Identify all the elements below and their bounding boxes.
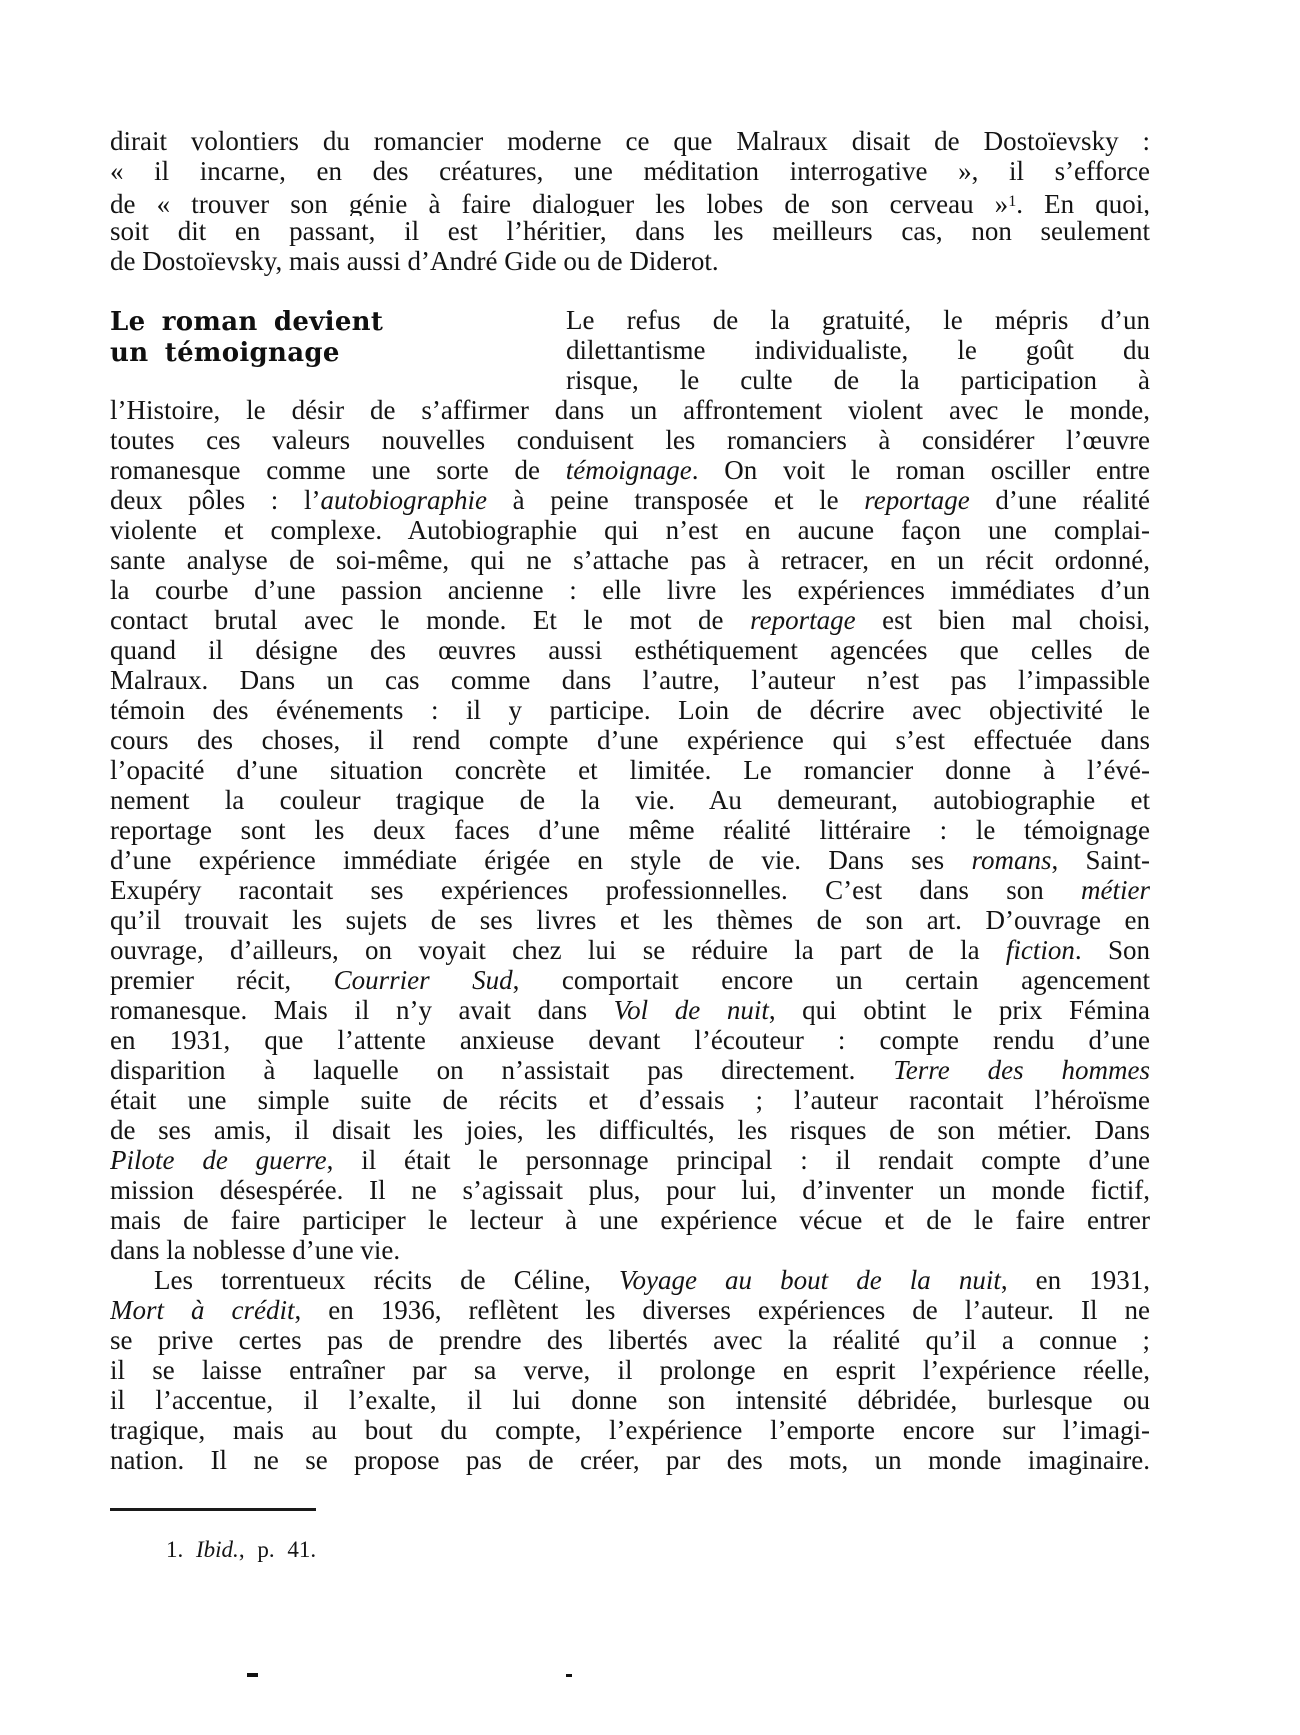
text-line: risque, le culte de la participation à — [566, 365, 1150, 395]
section-heading: Le roman devient un témoignage — [110, 305, 566, 395]
text-line: romanesque comme une sorte de témoignage… — [110, 455, 1150, 485]
text-line: était une simple suite de récits et d’es… — [110, 1085, 1150, 1115]
text-line: violente et complexe. Autobiographie qui… — [110, 515, 1150, 545]
text-line: se prive certes pas de prendre des liber… — [110, 1325, 1150, 1355]
text-line: Les torrentueux récits de Céline, Voyage… — [110, 1265, 1150, 1295]
text-line: qu’il trouvait les sujets de ses livres … — [110, 905, 1150, 935]
text-line: sante analyse de soi-même, qui ne s’atta… — [110, 545, 1150, 575]
section-heading-line-2: un témoignage — [110, 338, 566, 369]
text-line: de Dostoïevsky, mais aussi d’André Gide … — [110, 246, 1150, 276]
print-mark-right — [566, 1674, 572, 1677]
text-line: témoin des événements : il y participe. … — [110, 695, 1150, 725]
text-line: Pilote de guerre, il était le personnage… — [110, 1145, 1150, 1175]
text-line: l’Histoire, le désir de s’affirmer dans … — [110, 395, 1150, 425]
text-line: Mort à crédit, en 1936, reflètent les di… — [110, 1295, 1150, 1325]
text-line: mais de faire participer le lecteur à un… — [110, 1205, 1150, 1235]
text-line: toutes ces valeurs nouvelles conduisent … — [110, 425, 1150, 455]
text-line: mission désespérée. Il ne s’agissait plu… — [110, 1175, 1150, 1205]
text-line: reportage sont les deux faces d’une même… — [110, 815, 1150, 845]
text-line: en 1931, que l’attente anxieuse devant l… — [110, 1025, 1150, 1055]
text-line: disparition à laquelle on n’assistait pa… — [110, 1055, 1150, 1085]
text-line: cours des choses, il rend compte d’une e… — [110, 725, 1150, 755]
section-heading-line-1: Le roman devient — [110, 307, 566, 338]
text-line: deux pôles : l’autobiographie à peine tr… — [110, 485, 1150, 515]
text-line: de « trouver son génie à faire dialoguer… — [110, 186, 1150, 216]
text-line: ouvrage, d’ailleurs, on voyait chez lui … — [110, 935, 1150, 965]
text-line: premier récit, Courrier Sud, comportait … — [110, 965, 1150, 995]
text-line: soit dit en passant, il est l’héritier, … — [110, 216, 1150, 246]
text-line: il l’accentue, il l’exalte, il lui donne… — [110, 1385, 1150, 1415]
text-line: Malraux. Dans un cas comme dans l’autre,… — [110, 665, 1150, 695]
text-line: Exupéry racontait ses expériences profes… — [110, 875, 1150, 905]
book-page: dirait volontiers du romancier moderne c… — [0, 0, 1300, 1735]
text-line: dans la noblesse d’une vie. — [110, 1235, 1150, 1265]
text-line: dilettantisme individualiste, le goût du — [566, 335, 1150, 365]
print-mark-left — [247, 1673, 258, 1677]
text-line: romanesque. Mais il n’y avait dans Vol d… — [110, 995, 1150, 1025]
footnote-rule — [110, 1508, 316, 1511]
text-line: tragique, mais au bout du compte, l’expé… — [110, 1415, 1150, 1445]
text-line: il se laisse entraîner par sa verve, il … — [110, 1355, 1150, 1385]
celine-paragraph: Les torrentueux récits de Céline, Voyage… — [110, 1265, 1150, 1475]
text-line: la courbe d’une passion ancienne : elle … — [110, 575, 1150, 605]
text-line: nement la couleur tragique de la vie. Au… — [110, 785, 1150, 815]
text-line: dirait volontiers du romancier moderne c… — [110, 126, 1150, 156]
section-paragraph: Le roman devient un témoignage Le refus … — [110, 305, 1150, 1265]
footnote: 1. Ibid., p. 41. — [110, 1536, 1150, 1564]
text-line: de ses amis, il disait les joies, les di… — [110, 1115, 1150, 1145]
text-line: quand il désigne des œuvres aussi esthét… — [110, 635, 1150, 665]
text-line: l’opacité d’une situation concrète et li… — [110, 755, 1150, 785]
text-block: dirait volontiers du romancier moderne c… — [110, 126, 1150, 1564]
text-line: nation. Il ne se propose pas de créer, p… — [110, 1445, 1150, 1475]
text-line: Le refus de la gratuité, le mépris d’un — [566, 305, 1150, 335]
text-line: contact brutal avec le monde. Et le mot … — [110, 605, 1150, 635]
paragraph-continuation: dirait volontiers du romancier moderne c… — [110, 126, 1150, 276]
text-line: « il incarne, en des créatures, une médi… — [110, 156, 1150, 186]
text-line: d’une expérience immédiate érigée en sty… — [110, 845, 1150, 875]
text-line: 1. Ibid., p. 41. — [166, 1536, 1150, 1564]
